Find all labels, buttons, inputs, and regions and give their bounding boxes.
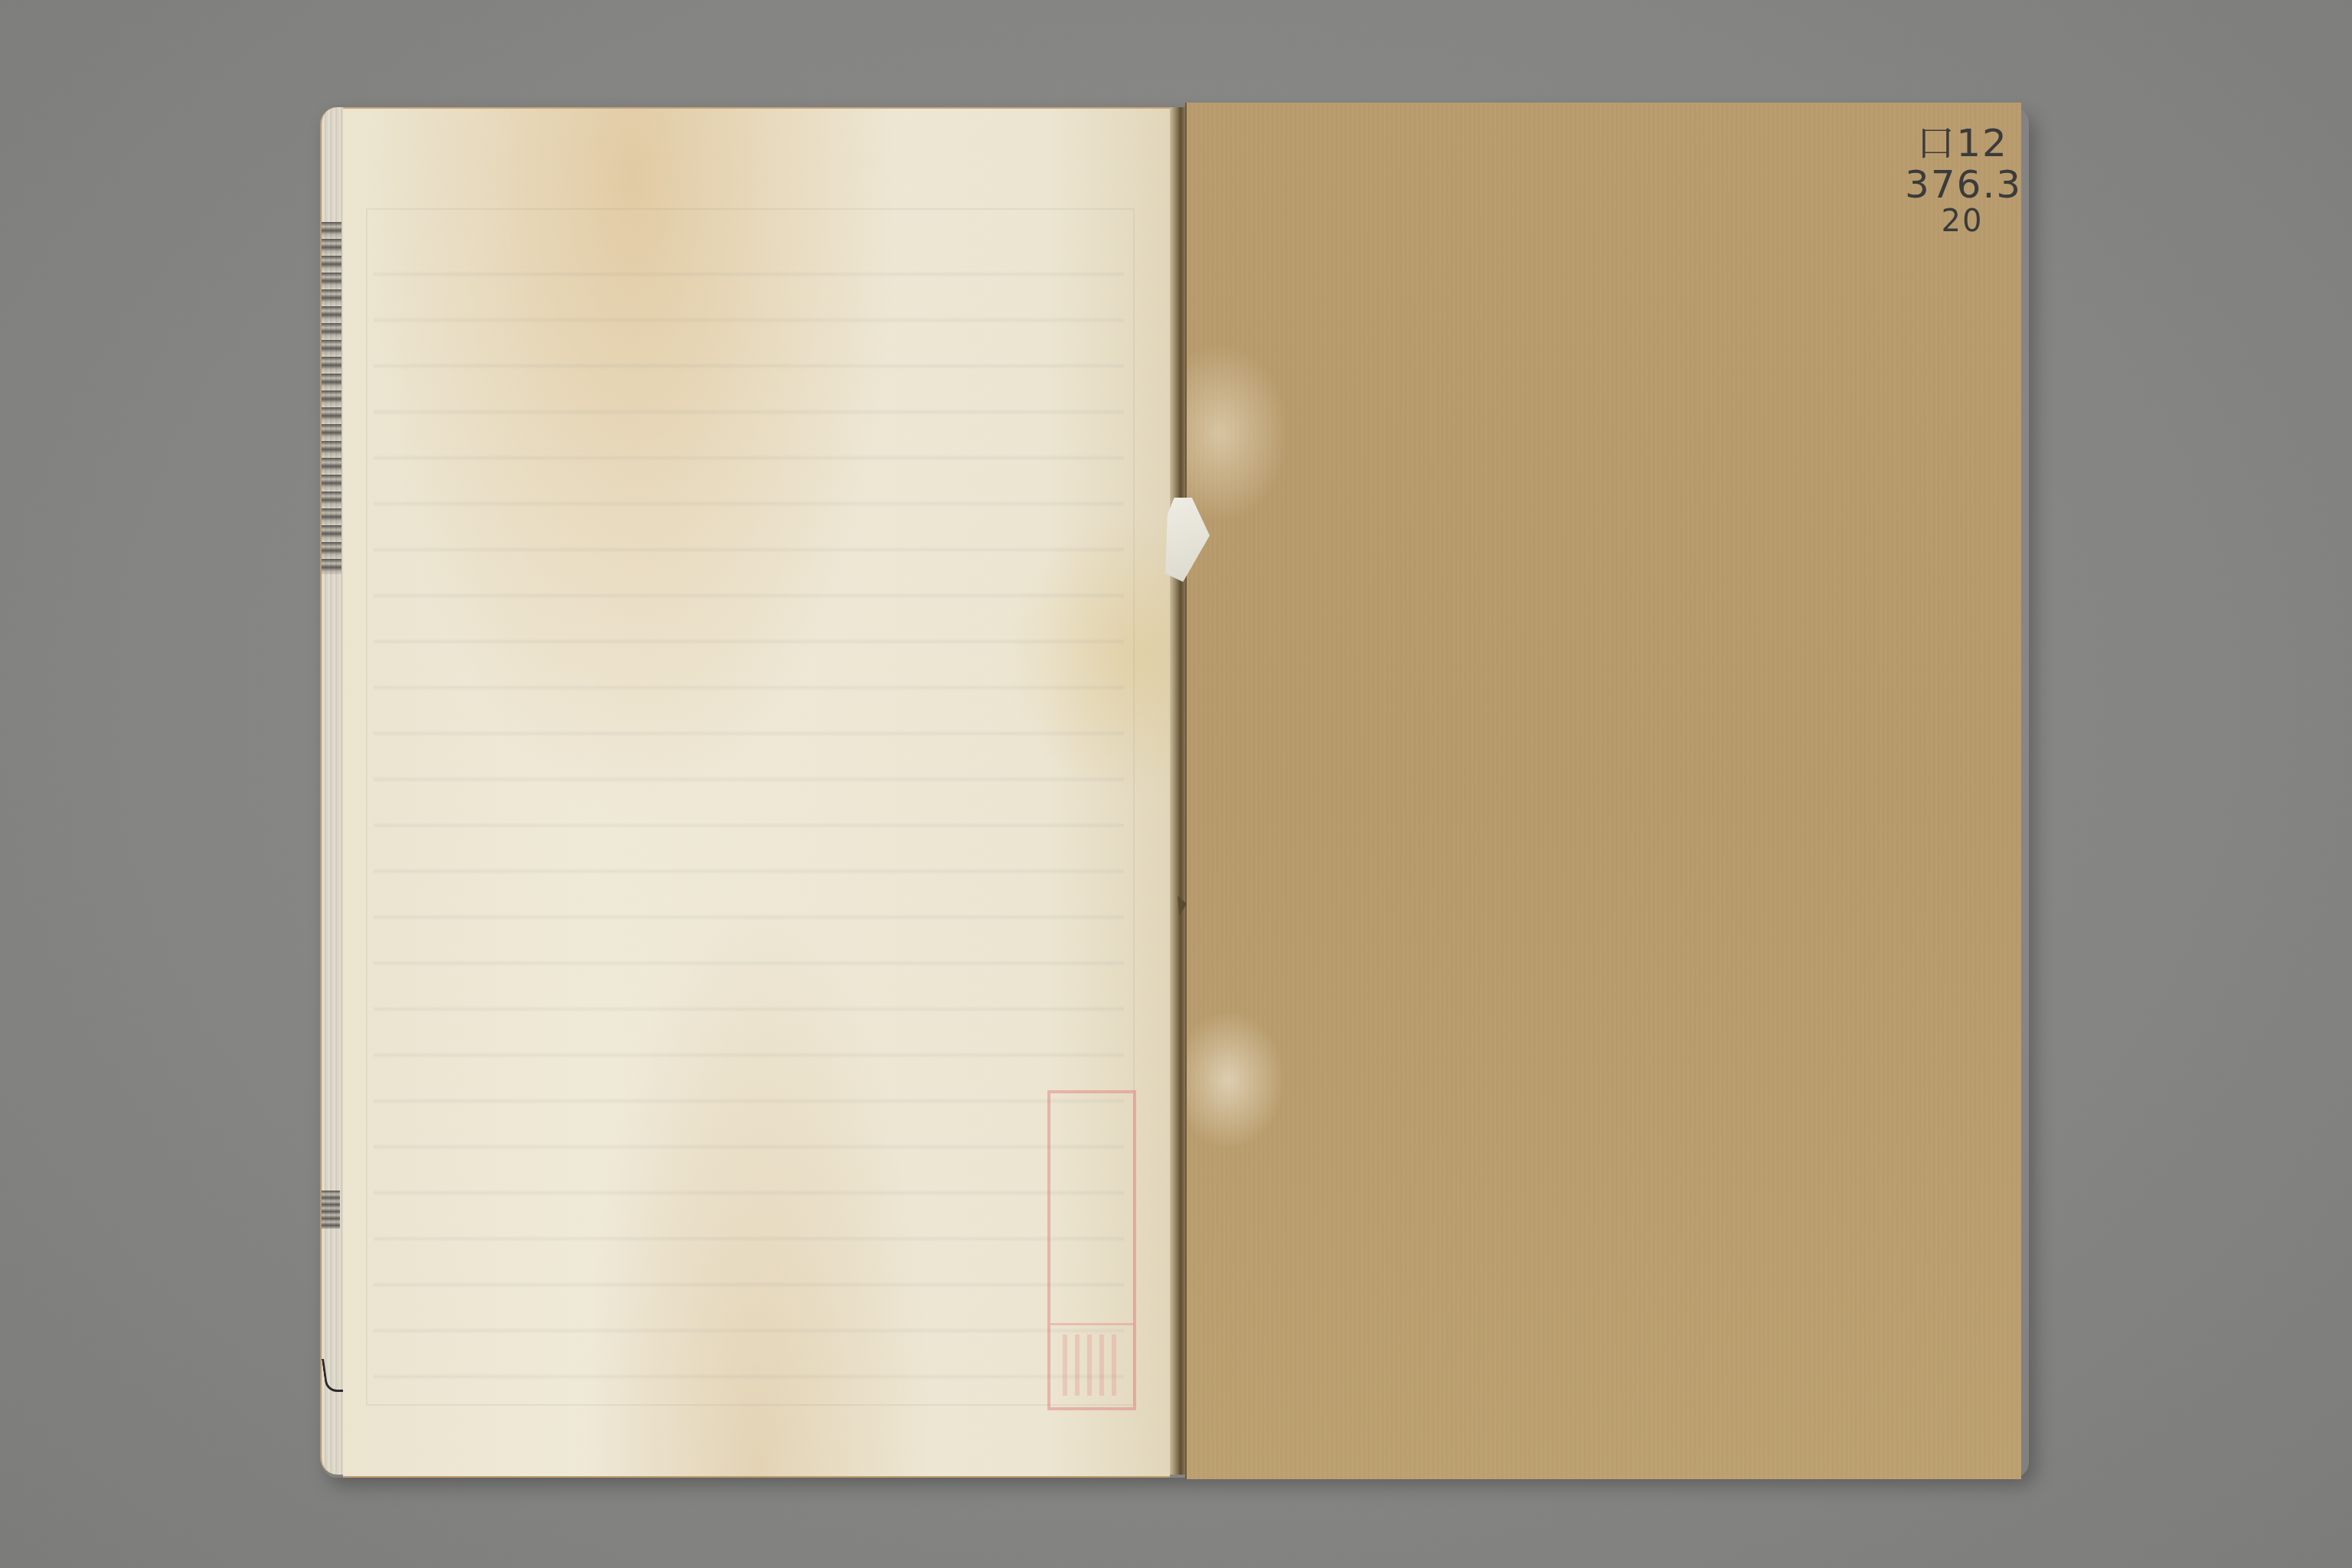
spine-gutter	[1170, 107, 1185, 1475]
call-number-line-2: 376.3	[1905, 164, 2020, 205]
call-number-line-1: 口12	[1905, 122, 2020, 164]
fore-edge-mark	[322, 1191, 340, 1229]
call-number-line-3: 20	[1905, 205, 2020, 238]
call-number-label: 口12 376.3 20	[1905, 122, 2020, 238]
photo-scene: 口12 376.3 20	[0, 0, 2352, 1568]
front-cover	[1185, 103, 2021, 1479]
seal-glyph	[1063, 1334, 1116, 1396]
left-endpaper	[343, 107, 1170, 1478]
seal-divider	[1050, 1323, 1133, 1325]
show-through-text-lines	[374, 231, 1124, 1380]
library-seal	[1047, 1090, 1136, 1410]
fore-edge-title-ink	[322, 222, 341, 574]
